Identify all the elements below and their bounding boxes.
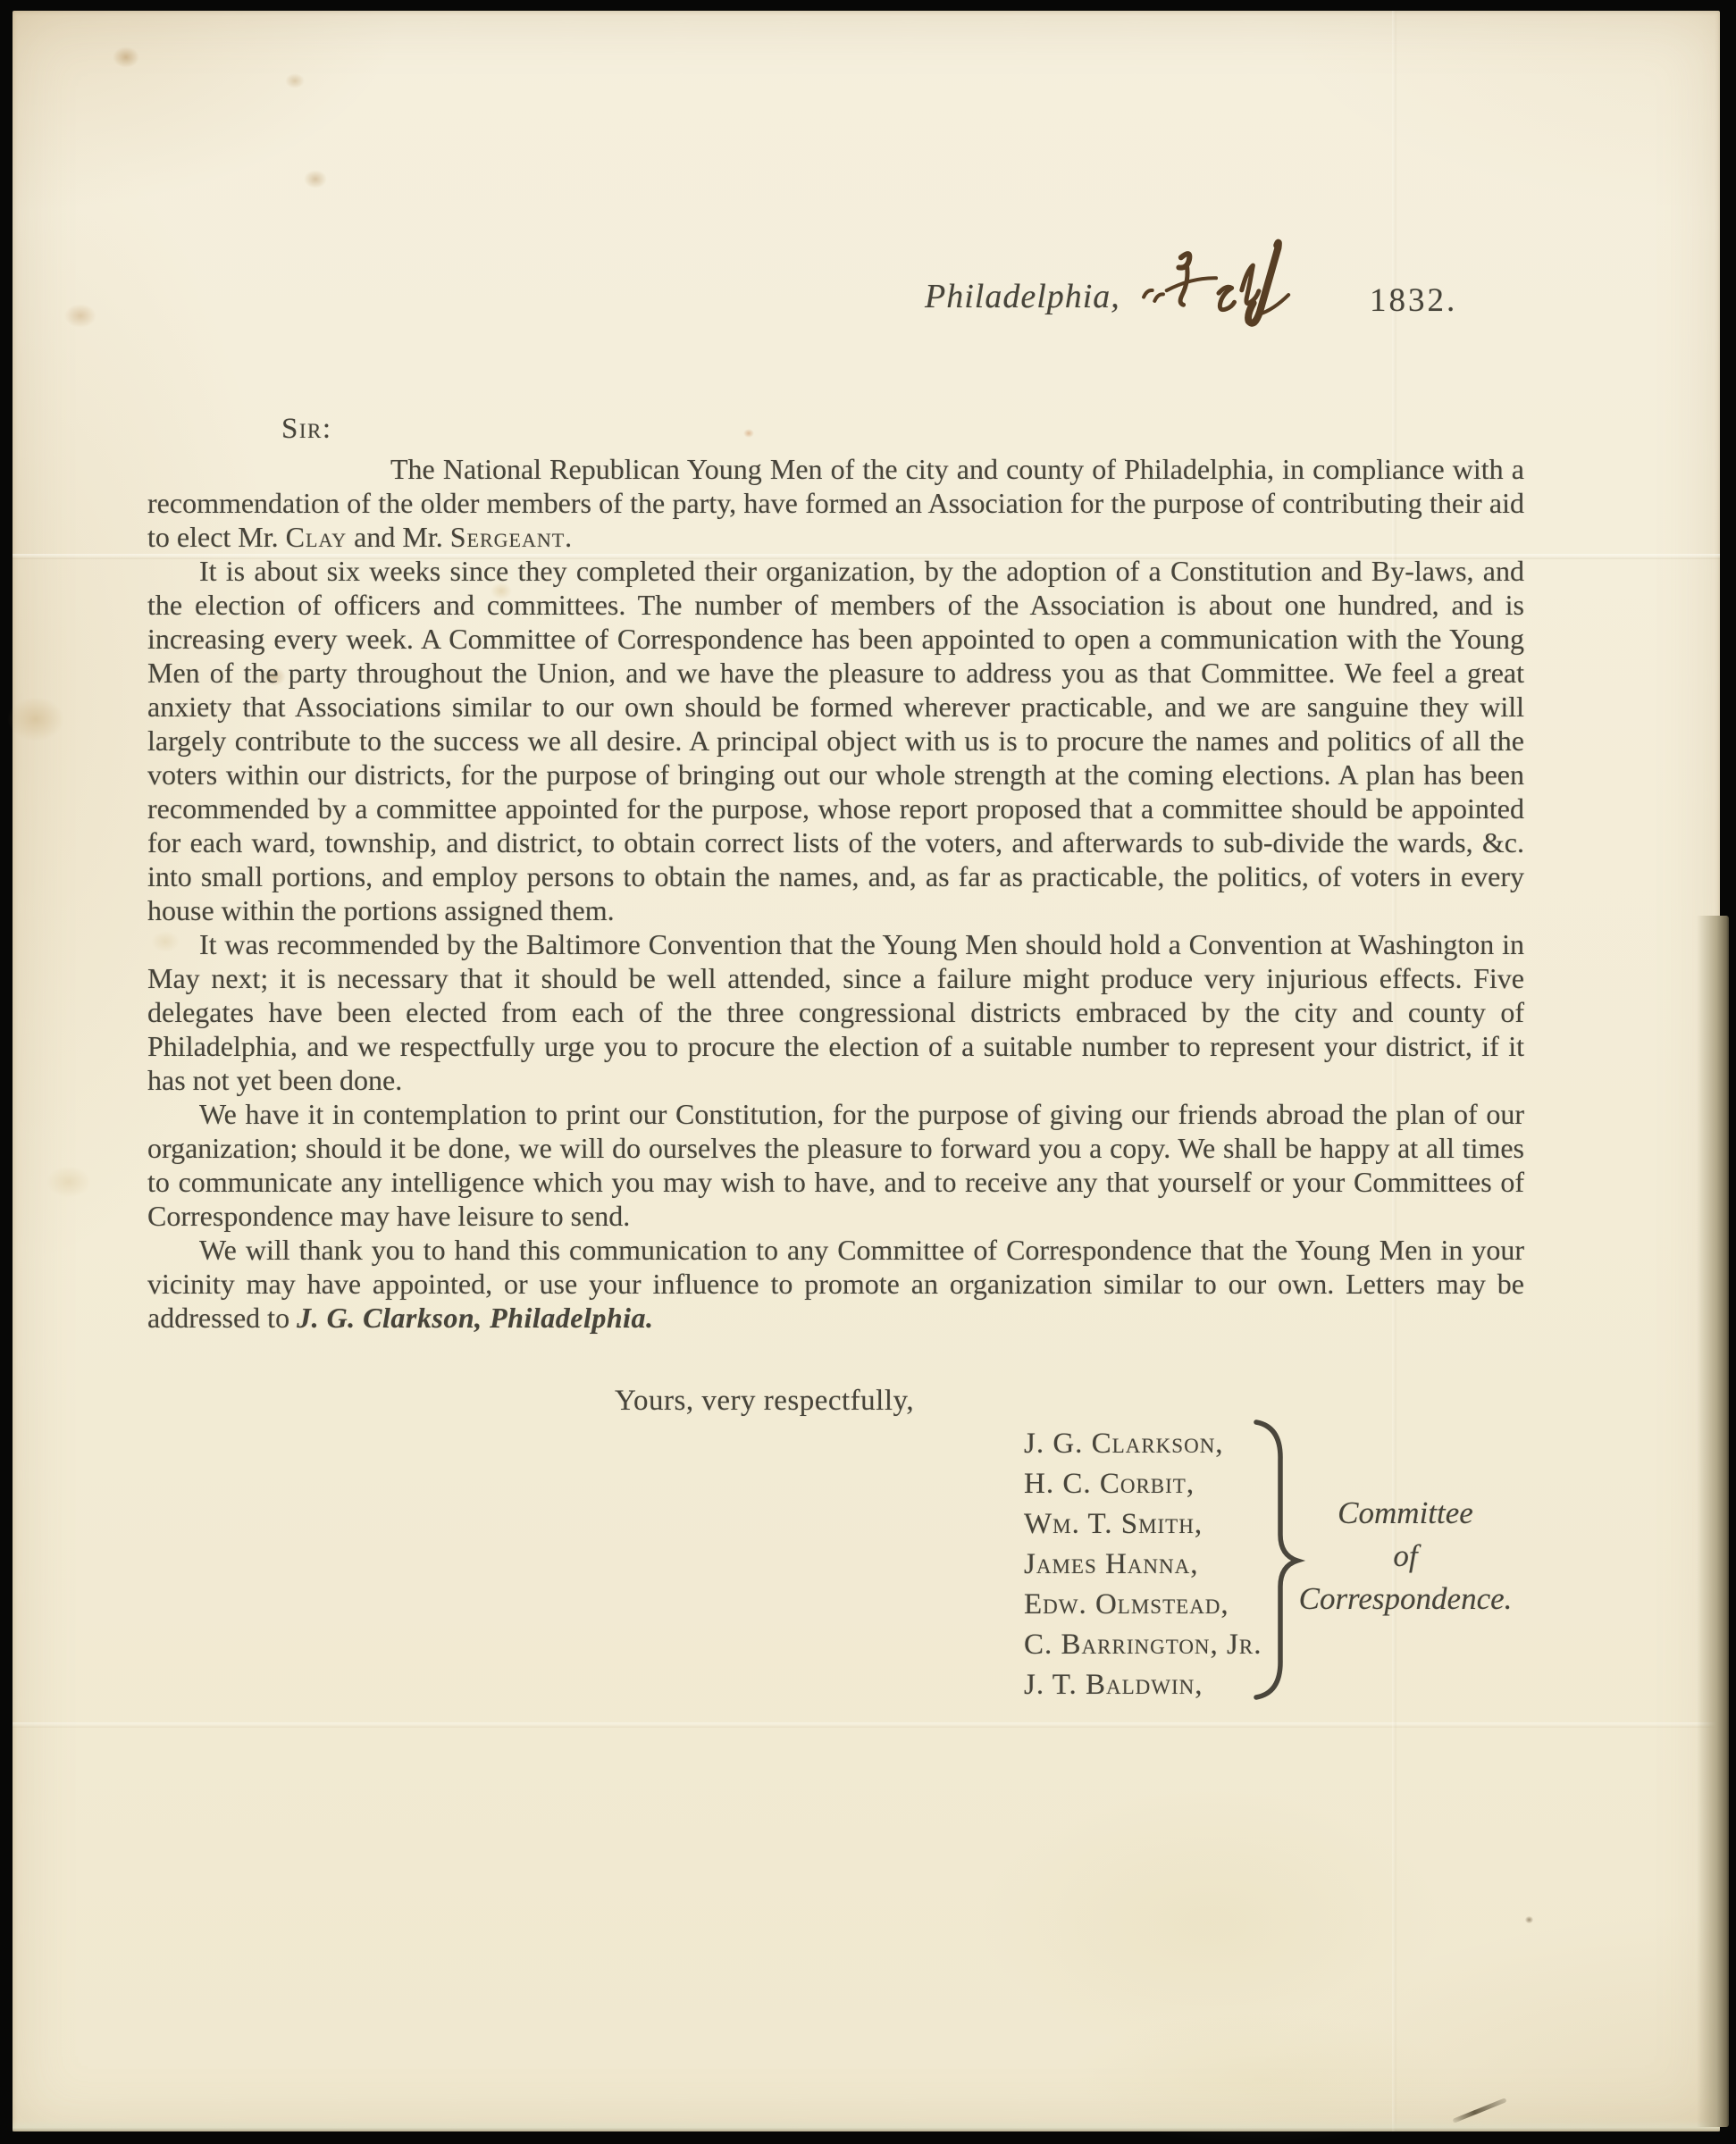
paragraph: The National Republican Young Men of the… (147, 452, 1524, 554)
committee-label-line: Correspondence. (1284, 1578, 1527, 1621)
paper-stain (64, 304, 96, 328)
signature-name: J. T. Baldwin, (1024, 1665, 1262, 1705)
paper-stain (1525, 1916, 1533, 1923)
paper-stain (743, 429, 754, 438)
signature-list: J. G. Clarkson,H. C. Corbit,Wm. T. Smith… (1024, 1424, 1262, 1705)
handwritten-date-ink (1134, 237, 1309, 351)
paragraph: We will thank you to hand this communica… (147, 1233, 1524, 1335)
paper-bottom-edge (13, 2119, 1720, 2131)
paragraph-segment: It was recommended by the Baltimore Conv… (147, 928, 1524, 1096)
committee-label-line: Committee (1284, 1492, 1527, 1535)
signature-name: J. G. Clarkson, (1024, 1424, 1262, 1464)
paragraph-segment: J. G. Clarkson, Philadelphia. (297, 1302, 653, 1334)
signature-name: James Hanna, (1024, 1545, 1262, 1585)
paper-stain (113, 46, 139, 68)
verso-show-through (977, 1788, 1442, 2056)
paragraph: It is about six weeks since they complet… (147, 554, 1524, 927)
dateline-year: 1832. (1370, 281, 1457, 320)
paper-stain (285, 73, 305, 88)
second-sheet-edge (1697, 916, 1729, 2127)
paragraph-segment: Clay (286, 521, 348, 553)
paragraph-segment: and Mr. (347, 521, 450, 553)
committee-label: CommitteeofCorrespondence. (1284, 1492, 1527, 1621)
paragraph: It was recommended by the Baltimore Conv… (147, 927, 1524, 1097)
signature-name: H. C. Corbit, (1024, 1464, 1262, 1504)
paper-stain (304, 170, 327, 188)
dateline-place: Philadelphia, (925, 277, 1120, 316)
fold-crease (13, 1722, 1720, 1728)
paragraph-segment: . (565, 521, 572, 553)
paragraph-segment: It is about six weeks since they complet… (147, 555, 1524, 926)
letter-body: The National Republican Young Men of the… (147, 452, 1524, 1335)
paragraph-segment: Sergeant (450, 521, 565, 553)
paragraph-segment: We have it in contemplation to print our… (147, 1098, 1524, 1232)
closing-line: Yours, very respectfully, (615, 1385, 914, 1418)
signature-name: C. Barrington, Jr. (1024, 1625, 1262, 1665)
committee-label-line: of (1284, 1535, 1527, 1578)
signature-name: Edw. Olmstead, (1024, 1585, 1262, 1625)
paper-stain (7, 697, 64, 741)
paragraph: We have it in contemplation to print our… (147, 1097, 1524, 1233)
salutation: Sir: (281, 413, 332, 446)
scanned-letter-page: Philadelphia, 1832. Sir: The National Re… (0, 0, 1736, 2144)
paper-stain (46, 1166, 91, 1198)
paper-sheet: Philadelphia, 1832. Sir: The National Re… (13, 11, 1720, 2131)
signature-name: Wm. T. Smith, (1024, 1504, 1262, 1545)
